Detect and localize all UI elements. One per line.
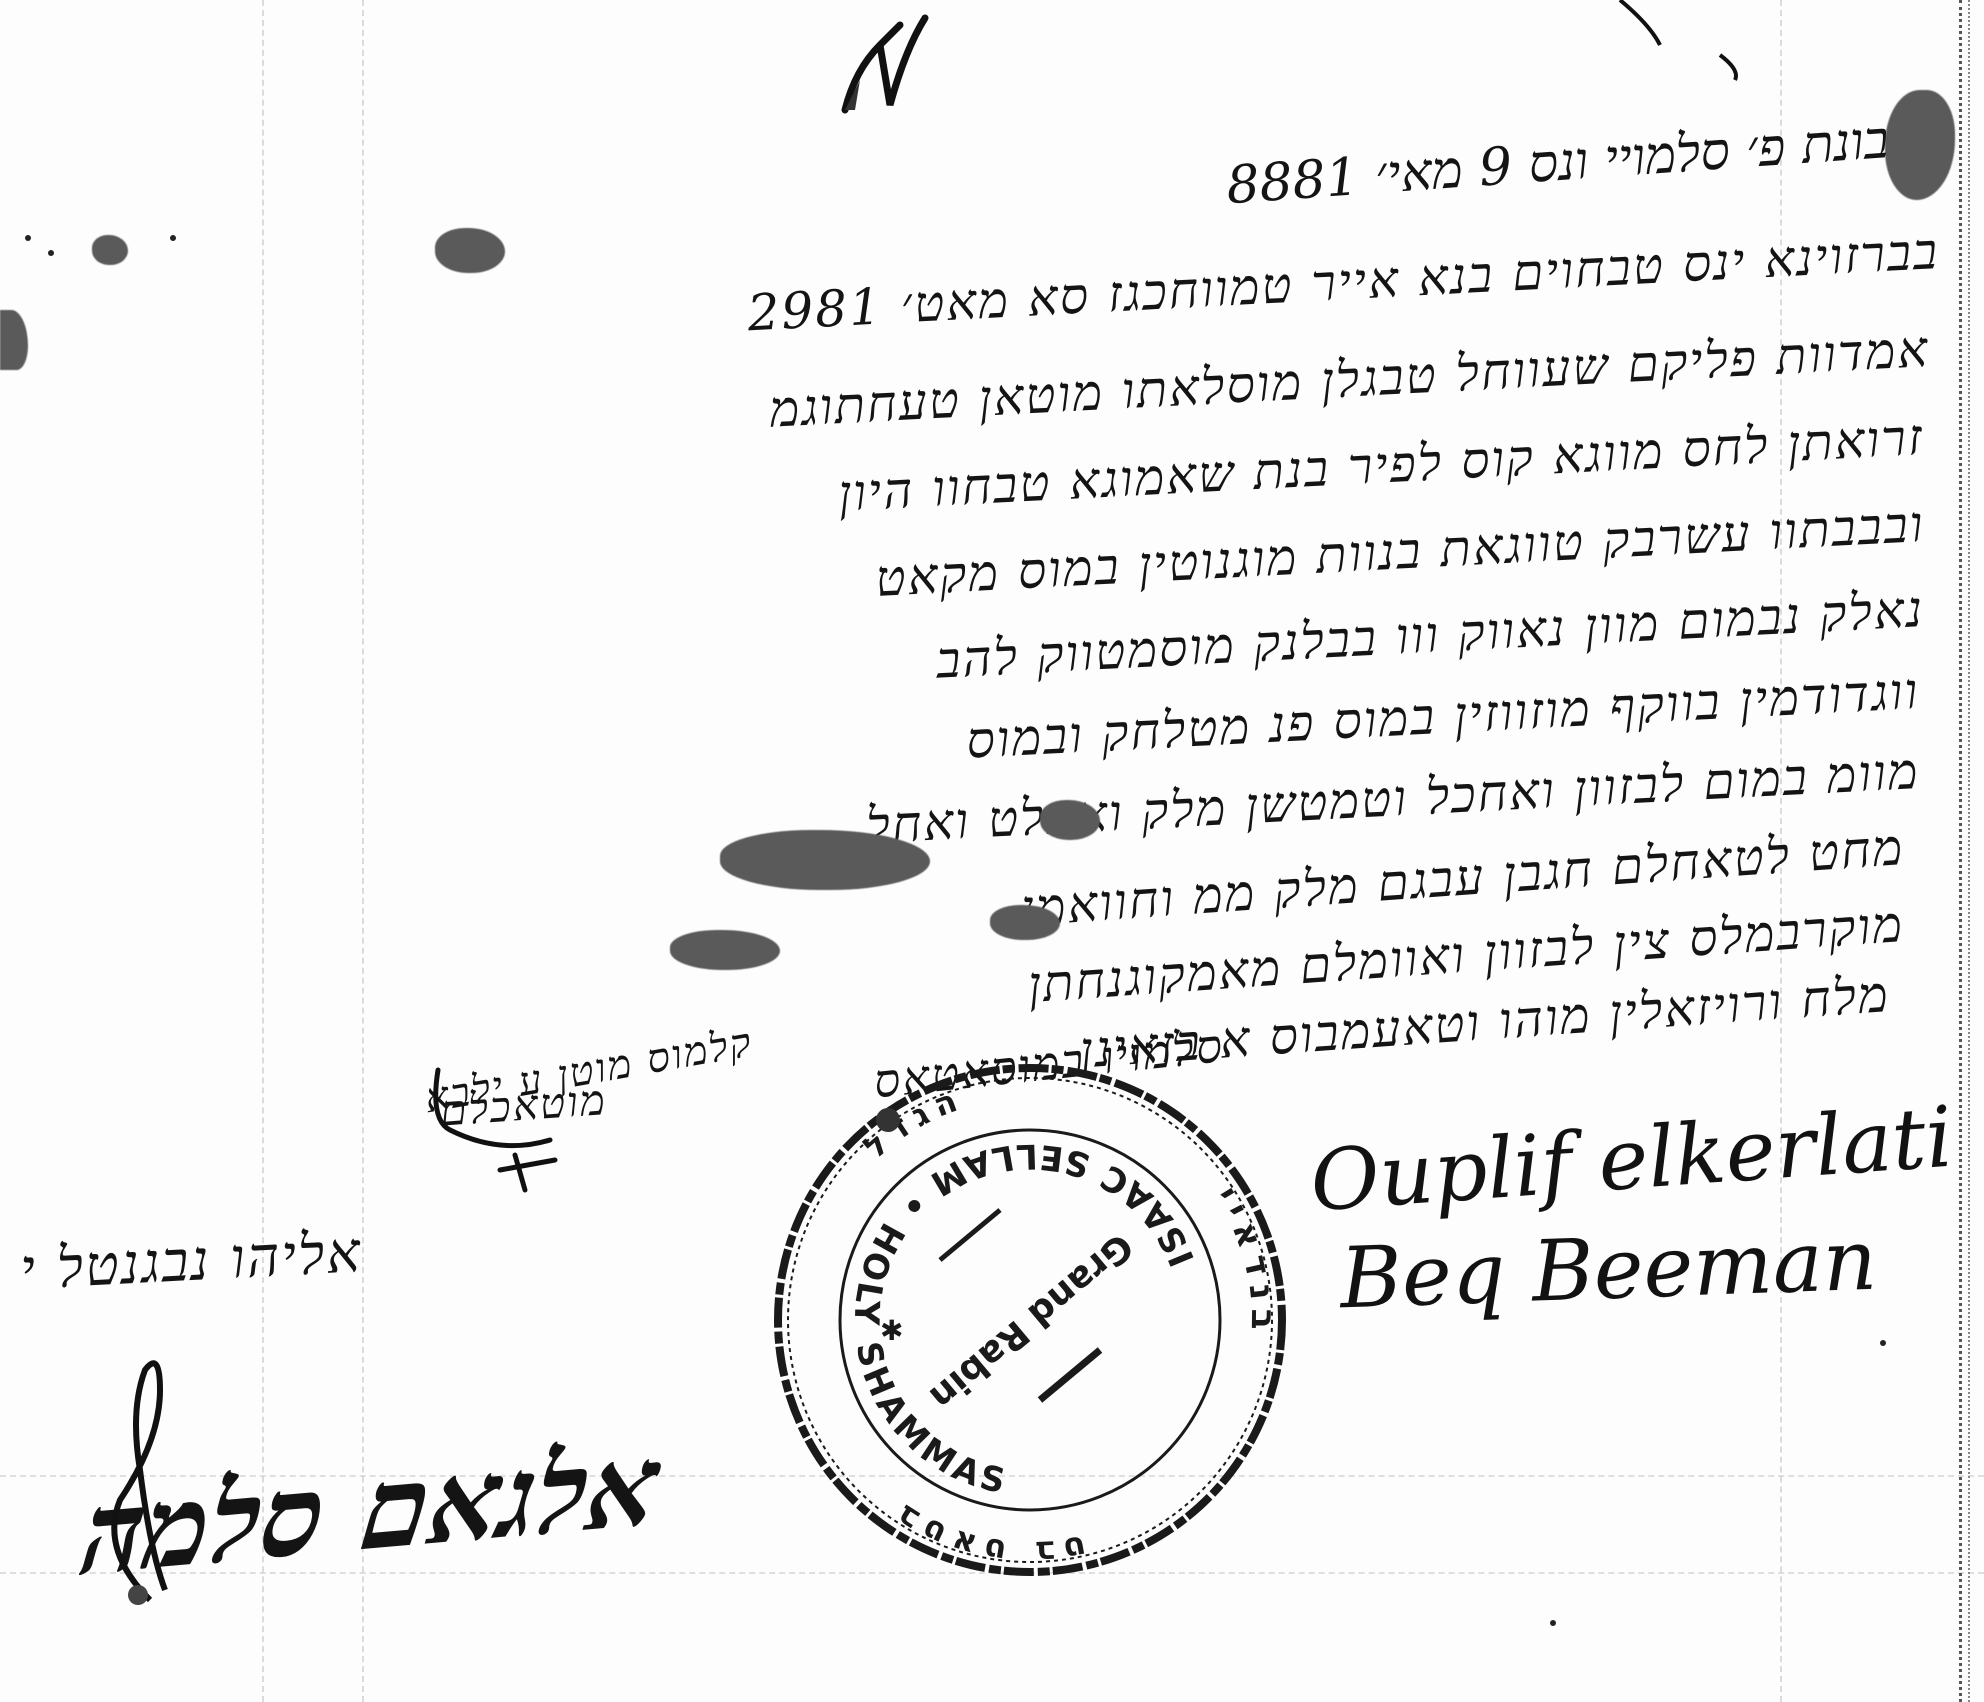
flourish-underline (430, 1060, 590, 1200)
ink-blot (1885, 90, 1955, 200)
signature-name-hebrew: אליהו נבגנטל י (19, 1220, 364, 1303)
pen-stroke-mark (1600, 0, 1740, 90)
fold-line-vertical (262, 0, 264, 1702)
page-edge (1959, 0, 1970, 1702)
number-flourish-mark (820, 10, 980, 120)
signature-latin-line1: Ouplif elkerlati (1307, 1088, 1955, 1231)
ink-speck (48, 250, 54, 256)
stamp-ornament-dash (1040, 1350, 1100, 1400)
ink-blot (990, 905, 1060, 940)
header-date-line: בונת פ׳ סלמויי ונס 9 מאי׳ 1888 (1225, 110, 1891, 216)
stamp-center-text: Grand Rabin (922, 1225, 1141, 1418)
ink-blot (92, 235, 128, 265)
ink-blot (1040, 800, 1100, 840)
ink-blot (670, 930, 780, 970)
ink-blot (0, 310, 28, 370)
ink-speck (25, 235, 31, 241)
signature-loop-flourish (90, 1350, 210, 1630)
signature-latin-line2: Beq Beeman (1338, 1211, 1878, 1328)
rabbinical-stamp: ISAAC SELLAM • HOLY SHAMMAS בנדאיי הגדל … (770, 1060, 1290, 1580)
stamp-rosette-icon (876, 1108, 900, 1132)
ink-blot (720, 830, 930, 890)
ink-speck (1880, 1340, 1886, 1346)
ink-speck (170, 235, 176, 241)
ink-blot (435, 228, 505, 273)
scanned-page: בונת פ׳ סלמויי ונס 9 מאי׳ 1888 בברזוינא … (0, 0, 1984, 1702)
stamp-ornament-dash (940, 1210, 1000, 1260)
body-line: בברזוינא ינס טבחוים בנא אייר טמווחכגז סא… (746, 222, 1940, 342)
ink-speck (1550, 1620, 1556, 1626)
stamp-star-icon: ✱ (880, 1314, 903, 1347)
